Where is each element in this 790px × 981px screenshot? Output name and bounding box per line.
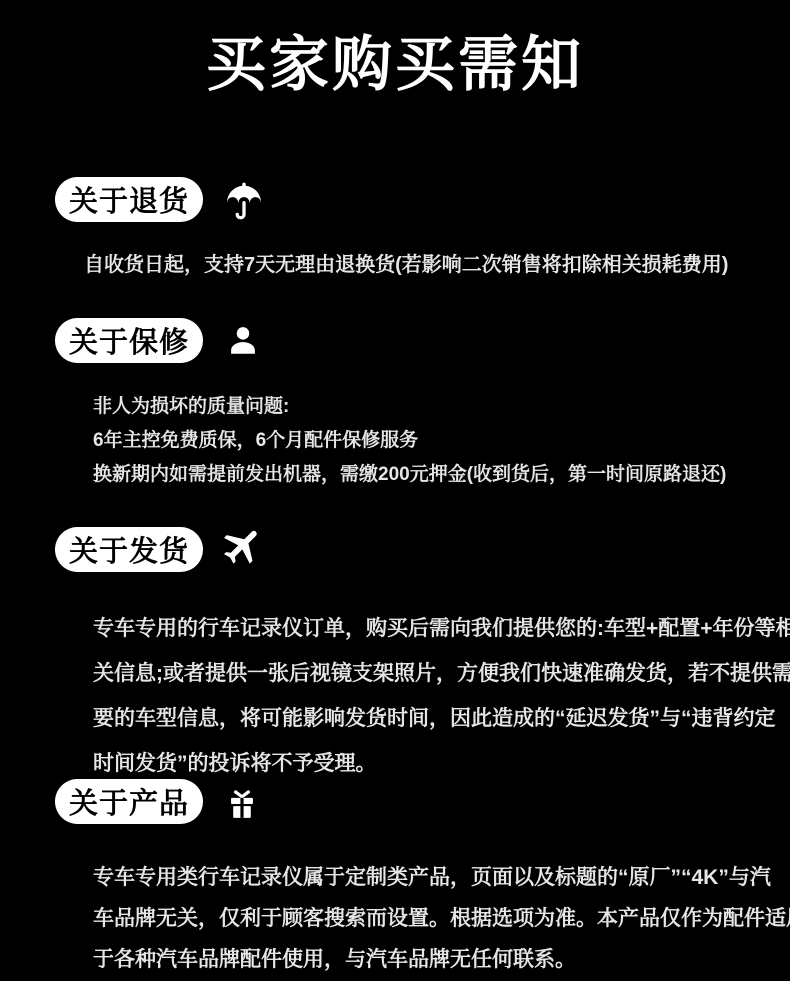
notice-line: 专车专用的行车记录仪订单，购买后需向我们提供您的:车型+配置+年份等相 [93,606,790,651]
section-badge-shipping: 关于发货 [55,527,203,572]
returns-paragraph: 自收货日起，支持7天无理由退换货(若影响二次销售将扣除相关损耗费用) [84,248,728,282]
notice-line: 6年主控免费质保，6个月配件保修服务 [93,424,726,458]
section-badge-product: 关于产品 [55,779,203,824]
page-title: 买家购买需知 [0,33,790,97]
product-paragraph: 专车专用类行车记录仪属于定制类产品，页面以及标题的“原厂”“4K”与汽 车品牌无… [93,857,790,980]
notice-line: 自收货日起，支持7天无理由退换货(若影响二次销售将扣除相关损耗费用) [84,248,728,282]
shipping-paragraph: 专车专用的行车记录仪订单，购买后需向我们提供您的:车型+配置+年份等相 关信息;… [93,606,790,786]
notice-line: 专车专用类行车记录仪属于定制类产品，页面以及标题的“原厂”“4K”与汽 [93,857,790,898]
section-badge-returns-label: 关于退货 [69,179,189,220]
notice-line: 于各种汽车品牌配件使用，与汽车品牌无任何联系。 [93,939,790,980]
notice-line: 时间发货”的投诉将不予受理。 [93,741,790,786]
umbrella-icon [221,179,267,223]
person-icon [226,321,260,361]
section-badge-warranty-label: 关于保修 [69,320,189,361]
section-badge-product-label: 关于产品 [69,781,189,822]
airplane-icon [220,523,266,569]
buyer-notice-page: 买家购买需知 关于退货 自收货日起，支持7天无理由退换货(若影响二次销售将扣除相… [0,0,790,981]
section-badge-shipping-label: 关于发货 [69,529,189,570]
notice-line: 换新期内如需提前发出机器，需缴200元押金(收到货后，第一时间原路退还) [93,458,726,492]
notice-line: 关信息;或者提供一张后视镜支架照片，方便我们快速准确发货，若不提供需 [93,651,790,696]
gift-icon [226,786,258,823]
section-badge-warranty: 关于保修 [55,318,203,363]
notice-line: 非人为损坏的质量问题: [93,390,726,424]
notice-line: 要的车型信息，将可能影响发货时间，因此造成的“延迟发货”与“违背约定 [93,696,790,741]
notice-line: 车品牌无关，仅利于顾客搜索而设置。根据选项为准。本产品仅作为配件适用 [93,898,790,939]
section-badge-returns: 关于退货 [55,177,203,222]
warranty-paragraph: 非人为损坏的质量问题: 6年主控免费质保，6个月配件保修服务 换新期内如需提前发… [93,390,726,492]
